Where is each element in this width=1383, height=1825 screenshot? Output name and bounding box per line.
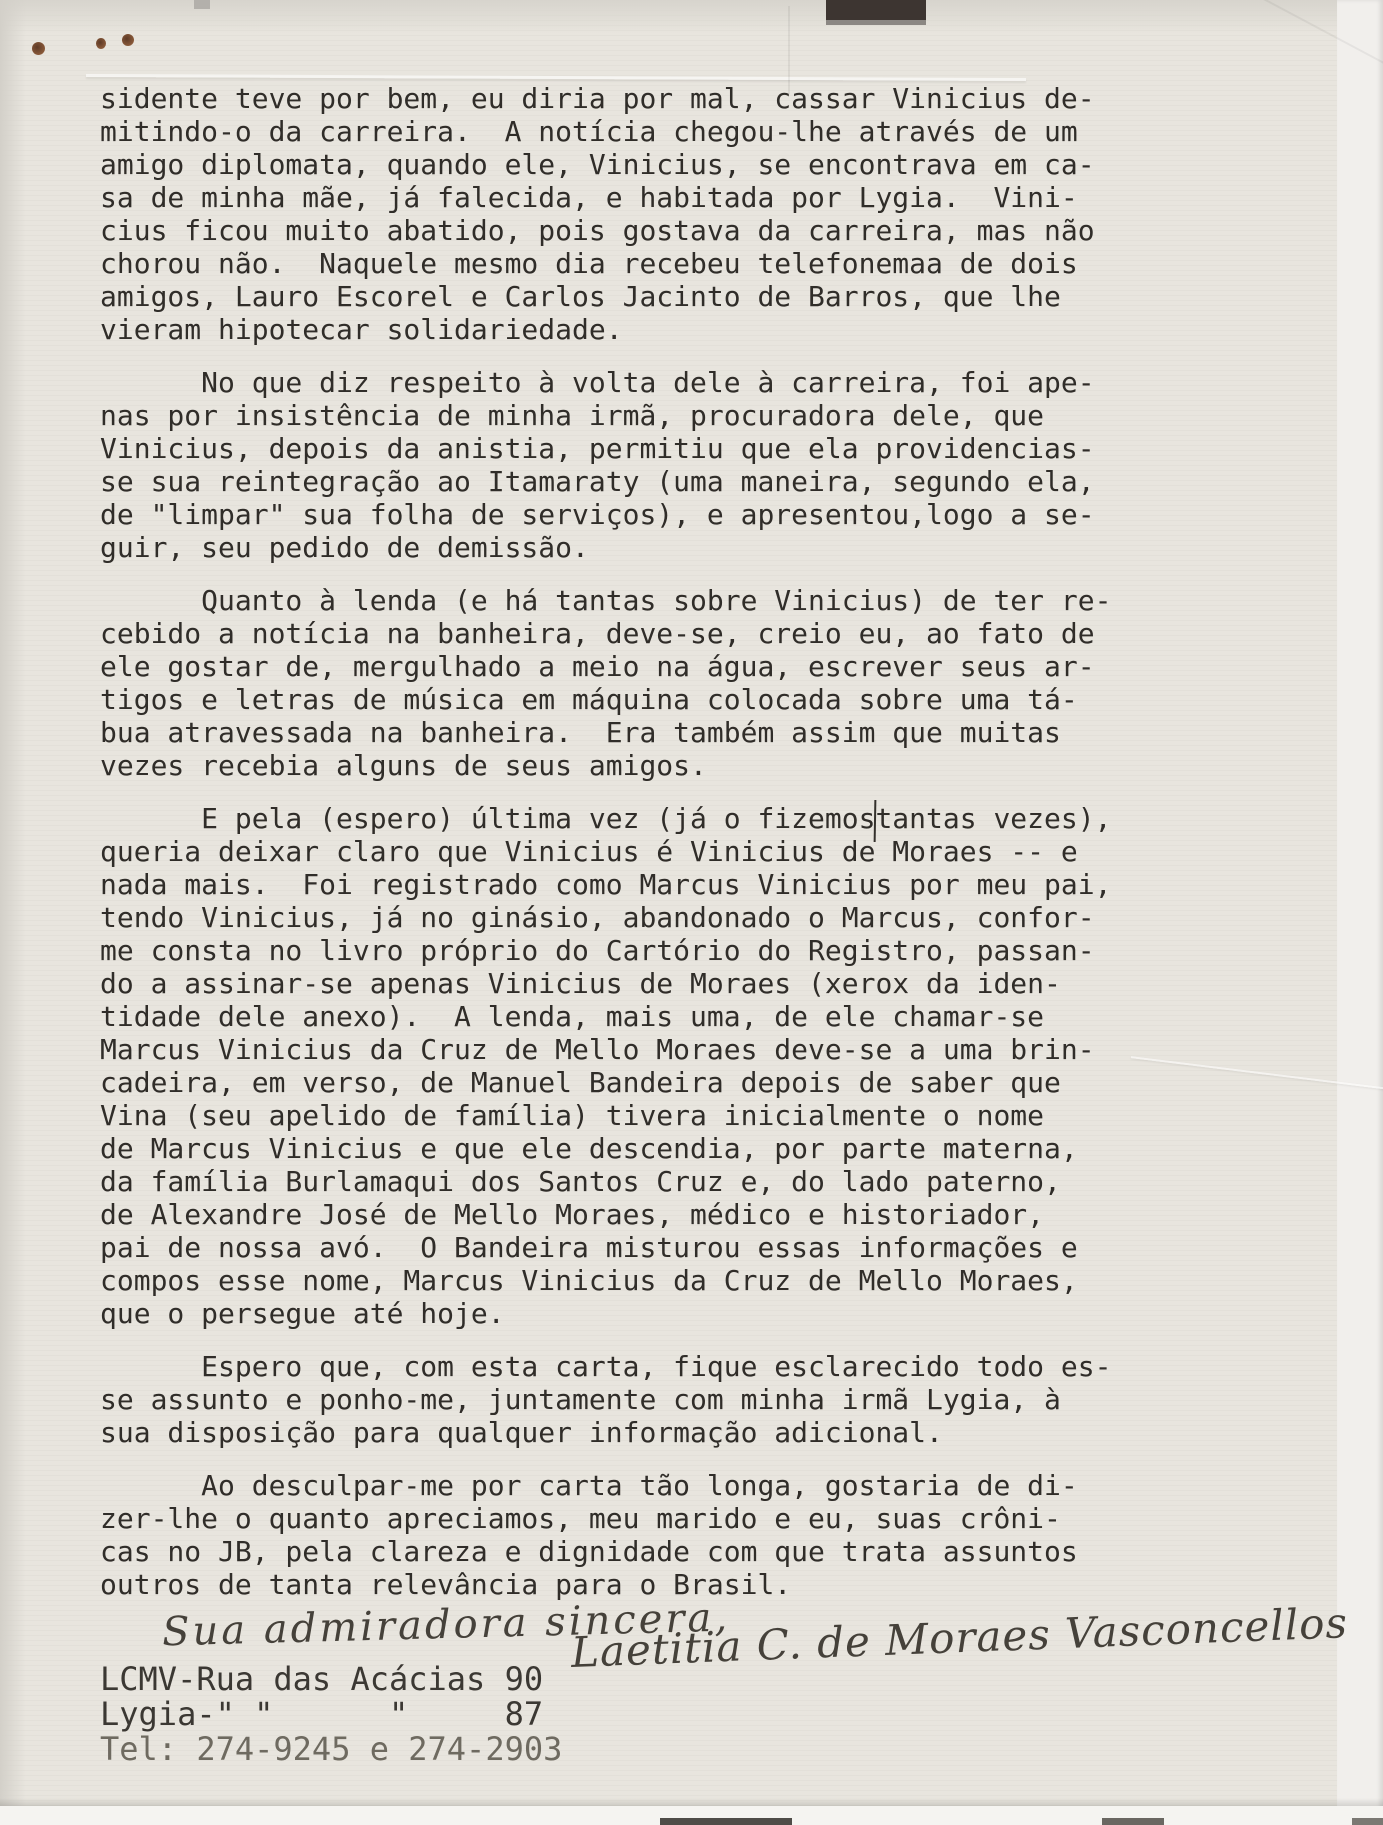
paper-fold-top <box>788 6 790 94</box>
letter-line: vezes recebia alguns de seus amigos. <box>100 749 1140 782</box>
scanned-letter-page: sidente teve por bem, eu diria por mal, … <box>0 0 1383 1825</box>
letter-line: chorou não. Naquele mesmo dia recebeu te… <box>100 247 1140 280</box>
paper-crease-right <box>1131 1056 1383 1090</box>
letter-line: de "limpar" sua folha de serviços), e ap… <box>100 498 1140 531</box>
letter-line: compos esse nome, Marcus Vinicius da Cru… <box>100 1264 1140 1297</box>
footer-address-line: LCMV-Rua das Acácias 90 <box>100 1662 562 1697</box>
letter-line: Ao desculpar-me por carta tão longa, gos… <box>100 1469 1140 1502</box>
letter-line: Vinicius, depois da anistia, permitiu qu… <box>100 432 1140 465</box>
letter-line: cas no JB, pela clareza e dignidade com … <box>100 1535 1140 1568</box>
letter-line: bua atravessada na banheira. Era também … <box>100 716 1140 749</box>
letter-line: E pela (espero) última vez (já o fizemos… <box>100 802 1140 835</box>
letter-line: nada mais. Foi registrado como Marcus Vi… <box>100 868 1140 901</box>
letter-line: amigos, Lauro Escorel e Carlos Jacinto d… <box>100 280 1140 313</box>
letter-line: zer-lhe o quanto apreciamos, meu marido … <box>100 1502 1140 1535</box>
letter-line: queria deixar claro que Vinicius é Vinic… <box>100 835 1140 868</box>
letter-line: Vina (seu apelido de família) tivera ini… <box>100 1099 1140 1132</box>
footer-address-line: Lygia-" " " 87 <box>100 1697 562 1732</box>
letter-paragraph: E pela (espero) última vez (já o fizemos… <box>100 802 1140 1330</box>
letter-line: que o persegue até hoje. <box>100 1297 1140 1330</box>
letter-line: cius ficou muito abatido, pois gostava d… <box>100 214 1140 247</box>
letter-paragraph: Espero que, com esta carta, fique esclar… <box>100 1350 1140 1449</box>
scan-artifact-top-notch <box>194 0 210 9</box>
letter-line: pai de nossa avó. O Bandeira misturou es… <box>100 1231 1140 1264</box>
letter-body: sidente teve por bem, eu diria por mal, … <box>100 82 1140 1621</box>
letter-paragraph: Quanto à lenda (e há tantas sobre Vinici… <box>100 584 1140 782</box>
letter-line: vieram hipotecar solidariedade. <box>100 313 1140 346</box>
letter-line: Quanto à lenda (e há tantas sobre Vinici… <box>100 584 1140 617</box>
letter-line: de Alexandre José de Mello Moraes, médic… <box>100 1198 1140 1231</box>
letter-line: amigo diplomata, quando ele, Vinicius, s… <box>100 148 1140 181</box>
paper-right-edge <box>1337 0 1383 1825</box>
paper-crease-top <box>86 74 1026 81</box>
letter-paragraph: sidente teve por bem, eu diria por mal, … <box>100 82 1140 346</box>
scan-background-bottom <box>0 1806 1383 1825</box>
letter-line: sua disposição para qualquer informação … <box>100 1416 1140 1449</box>
paper-crease-corner <box>1199 0 1383 78</box>
letter-line: se sua reintegração ao Itamaraty (uma ma… <box>100 465 1140 498</box>
letter-line: cadeira, em verso, de Manuel Bandeira de… <box>100 1066 1140 1099</box>
paper-left-edge-shading <box>0 0 26 1825</box>
rust-spot <box>32 42 45 55</box>
letter-line: me consta no livro próprio do Cartório d… <box>100 934 1140 967</box>
letter-line: se assunto e ponho-me, juntamente com mi… <box>100 1383 1140 1416</box>
letter-line: Marcus Vinicius da Cruz de Mello Moraes … <box>100 1033 1140 1066</box>
footer-phone-line: Tel: 274-9245 e 274-2903 <box>100 1732 562 1767</box>
paper-top-edge-shading <box>0 0 1383 34</box>
letter-paragraph: No que diz respeito à volta dele à carre… <box>100 366 1140 564</box>
paper-bottom-edge-shadow <box>0 1798 1383 1806</box>
letter-line: da família Burlamaqui dos Santos Cruz e,… <box>100 1165 1140 1198</box>
letter-line: Espero que, com esta carta, fique esclar… <box>100 1350 1140 1383</box>
letter-line: cebido a notícia na banheira, deve-se, c… <box>100 617 1140 650</box>
letter-line: sa de minha mãe, já falecida, e habitada… <box>100 181 1140 214</box>
letter-line: nas por insistência de minha irmã, procu… <box>100 399 1140 432</box>
scan-artifact-bottom-bar <box>1102 1818 1164 1825</box>
rust-spot <box>96 38 106 49</box>
rust-spot <box>122 34 134 46</box>
letter-line: tendo Vinicius, já no ginásio, abandonad… <box>100 901 1140 934</box>
letter-line: ele gostar de, mergulhado a meio na água… <box>100 650 1140 683</box>
letter-line: mitindo-o da carreira. A notícia chegou-… <box>100 115 1140 148</box>
scan-artifact-bottom-bar <box>660 1818 792 1825</box>
letter-paragraph: Ao desculpar-me por carta tão longa, gos… <box>100 1469 1140 1601</box>
letter-line: sidente teve por bem, eu diria por mal, … <box>100 82 1140 115</box>
letter-footer: LCMV-Rua das Acácias 90Lygia-" " " 87Tel… <box>100 1662 562 1767</box>
letter-line: do a assinar-se apenas Vinicius de Morae… <box>100 967 1140 1000</box>
scan-artifact-top-bar <box>826 0 926 20</box>
letter-line: tidade dele anexo). A lenda, mais uma, d… <box>100 1000 1140 1033</box>
letter-line: tigos e letras de música em máquina colo… <box>100 683 1140 716</box>
letter-line: guir, seu pedido de demissão. <box>100 531 1140 564</box>
letter-line: outros de tanta relevância para o Brasil… <box>100 1568 1140 1601</box>
scan-artifact-bottom-bar <box>1352 1818 1383 1825</box>
letter-line: No que diz respeito à volta dele à carre… <box>100 366 1140 399</box>
scan-artifact-top-bar-shadow <box>826 20 926 25</box>
letter-line: de Marcus Vinicius e que ele descendia, … <box>100 1132 1140 1165</box>
